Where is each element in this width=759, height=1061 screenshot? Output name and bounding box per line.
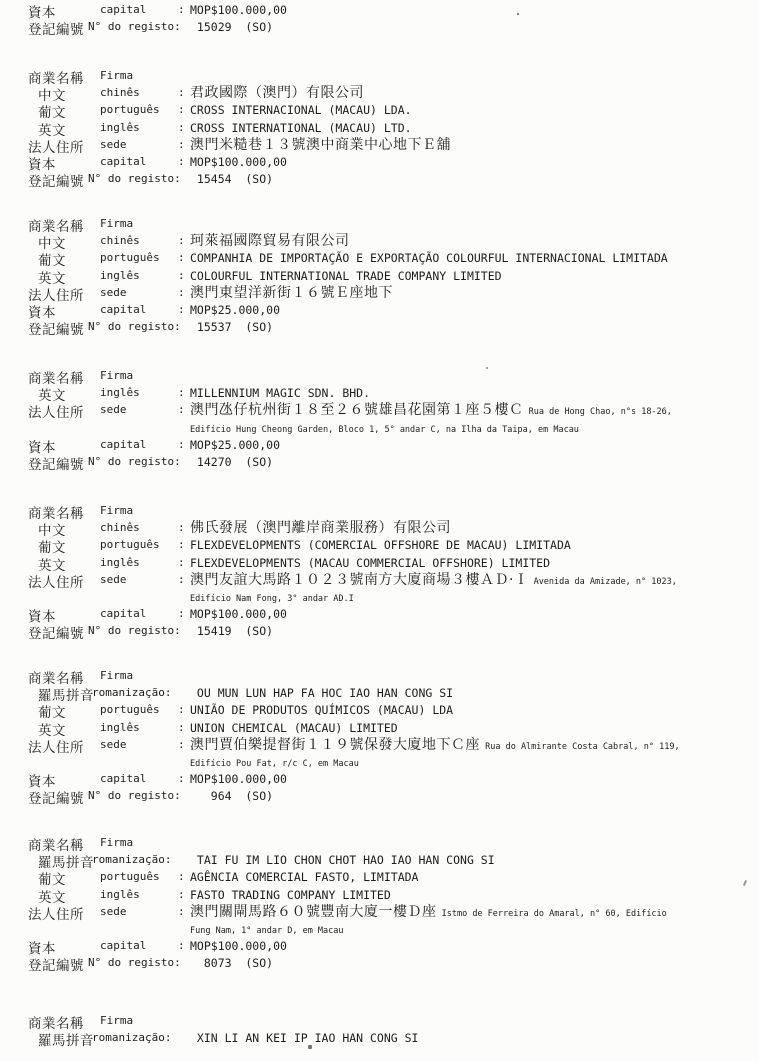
seat-address-zh: 澳門賈伯樂提督街１１９號保發大廈地下Ｃ座: [190, 737, 480, 753]
colon-separator: :: [178, 556, 185, 569]
colon-separator: :: [178, 155, 185, 168]
colon-separator: :: [178, 538, 185, 551]
field-value: 8073 (SO): [190, 953, 273, 972]
chinese-name-value: 珂萊福國際貿易有限公司: [190, 233, 350, 249]
label-pt-registration: N° do registo:: [88, 789, 181, 802]
field-row-firm-header: 商業名稱Firma: [0, 501, 759, 518]
capital-value: MOP$100.000,00: [190, 3, 287, 17]
field-row-romanization: 羅馬拼音romanização: TAI FU IM LIO CHON CHOT…: [0, 850, 759, 867]
portuguese-name-value: UNIÃO DE PRODUTOS QUÍMICOS (MACAU) LDA: [190, 703, 453, 717]
label-pt-capital: capital: [100, 607, 146, 620]
field-row-registration: 登記編號N° do registo: 15454 (SO): [0, 169, 759, 186]
registry-entry: 商業名稱Firma 羅馬拼音romanização: OU MUN LUN HA…: [0, 666, 759, 804]
field-row-portuguese-name: 葡文português:COMPANHIA DE IMPORTAÇÃO E EX…: [0, 248, 759, 265]
field-row-registration: 登記編號N° do registo: 15537 (SO): [0, 317, 759, 334]
colon-separator: :: [178, 403, 185, 416]
registration-number: 15029 (SO): [190, 20, 273, 34]
label-pt-english: inglês: [100, 269, 140, 282]
seat-address-pt: Rua de Hong Chao, n°s 18-26,: [524, 407, 672, 417]
label-pt-romanization: romanização:: [92, 853, 171, 866]
english-name-value: FLEXDEVELOPMENTS (MACAU COMMERCIAL OFFSH…: [190, 556, 550, 570]
label-pt-firm: Firma: [100, 669, 133, 682]
field-row-chinese-name: 中文chinês:君政國際（澳門）有限公司: [0, 83, 759, 100]
field-row-capital: 資本capital:MOP$100.000,00: [0, 936, 759, 953]
label-pt-firm: Firma: [100, 369, 133, 382]
label-pt-seat: sede: [100, 573, 127, 586]
label-pt-firm: Firma: [100, 1014, 133, 1027]
colon-separator: :: [178, 386, 185, 399]
label-pt-registration: N° do registo:: [88, 624, 181, 637]
field-value: 15419 (SO): [190, 621, 273, 640]
chinese-name-value: 佛氏發展（澳門離岸商業服務）有限公司: [190, 520, 451, 536]
label-pt-english: inglês: [100, 386, 140, 399]
colon-separator: :: [178, 772, 185, 785]
field-value: 964 (SO): [190, 786, 273, 805]
label-pt-registration: N° do registo:: [88, 455, 181, 468]
label-pt-chinese: chinês: [100, 521, 140, 534]
field-row-firm-header: 商業名稱Firma: [0, 833, 759, 850]
seat-address-zh: 澳門東望洋新街１６號Ｅ座地下: [190, 285, 393, 301]
colon-separator: :: [178, 121, 185, 134]
label-pt-capital: capital: [100, 939, 146, 952]
row-continuation: Edifício Nam Fong, 3° andar AD.I: [0, 587, 759, 604]
row-continuation: Edifício Hung Cheong Garden, Bloco 1, 5°…: [0, 418, 759, 435]
seat-address-pt: Avenida da Amizade, n° 1023,: [528, 577, 676, 587]
label-zh-registration: 登記編號: [28, 622, 84, 642]
colon-separator: :: [178, 573, 185, 586]
label-pt-registration: N° do registo:: [88, 956, 181, 969]
label-pt-seat: sede: [100, 286, 127, 299]
label-pt-english: inglês: [100, 721, 140, 734]
field-value: XIN LI AN KEI IP IAO HAN CONG SI: [190, 1028, 418, 1047]
field-row-english-name: 英文inglês:FLEXDEVELOPMENTS (MACAU COMMERC…: [0, 553, 759, 570]
label-pt-seat: sede: [100, 138, 127, 151]
colon-separator: :: [178, 269, 185, 282]
capital-value: MOP$100.000,00: [190, 772, 287, 786]
field-row-english-name: 英文inglês:UNION CHEMICAL (MACAU) LIMITED: [0, 718, 759, 735]
romanization-value: OU MUN LUN HAP FA HOC IAO HAN CONG SI: [190, 686, 453, 700]
seat-address-pt-cont: Edifício Hung Cheong Garden, Bloco 1, 5°…: [190, 425, 579, 435]
scan-speck: [517, 13, 519, 15]
label-pt-romanization: romanização:: [92, 686, 171, 699]
label-zh-registration: 登記編號: [28, 18, 84, 38]
field-row-seat: 法人住所sede:澳門米糙巷１３號澳中商業中心地下Ｅ舖: [0, 135, 759, 152]
label-pt-chinese: chinês: [100, 234, 140, 247]
colon-separator: :: [178, 888, 185, 901]
seat-address-pt-cont: Edifício Nam Fong, 3° andar AD.I: [190, 594, 354, 604]
row-continuation: Fung Nam, 1° andar D, em Macau: [0, 919, 759, 936]
colon-separator: :: [178, 234, 185, 247]
colon-separator: :: [178, 438, 185, 451]
seat-address-zh: 澳門米糙巷１３號澳中商業中心地下Ｅ舖: [190, 137, 451, 153]
label-pt-english: inglês: [100, 556, 140, 569]
field-row-chinese-name: 中文chinês:珂萊福國際貿易有限公司: [0, 231, 759, 248]
label-pt-firm: Firma: [100, 217, 133, 230]
label-zh-registration: 登記編號: [28, 318, 84, 338]
label-pt-capital: capital: [100, 303, 146, 316]
label-pt-registration: N° do registo:: [88, 172, 181, 185]
colon-separator: :: [178, 905, 185, 918]
colon-separator: :: [178, 939, 185, 952]
field-row-seat: 法人住所sede:澳門關閘馬路６０號豐南大廈一樓Ｄ座 Istmo de Ferr…: [0, 902, 759, 919]
seat-address-zh: 澳門友誼大馬路１０２３號南方大廈商場３樓ＡＤ·Ｉ: [190, 572, 528, 588]
label-zh-romanization: 羅馬拼音: [38, 1029, 94, 1049]
field-row-seat: 法人住所sede:澳門友誼大馬路１０２３號南方大廈商場３樓ＡＤ·Ｉ Avenid…: [0, 570, 759, 587]
field-row-capital: 資本capital:MOP$100.000,00: [0, 769, 759, 786]
label-zh-registration: 登記編號: [28, 954, 84, 974]
registration-number: 14270 (SO): [190, 455, 273, 469]
field-row-romanization: 羅馬拼音romanização: OU MUN LUN HAP FA HOC I…: [0, 683, 759, 700]
capital-value: MOP$25.000,00: [190, 438, 280, 452]
colon-separator: :: [178, 607, 185, 620]
registry-entry: 商業名稱Firma 中文chinês:君政國際（澳門）有限公司 葡文portug…: [0, 66, 759, 186]
field-row-firm-header: 商業名稱Firma: [0, 366, 759, 383]
registration-number: 15419 (SO): [190, 624, 273, 638]
label-pt-portuguese: português: [100, 538, 160, 551]
field-row-capital: 資本capital:MOP$100.000,00: [0, 604, 759, 621]
field-row-registration: 登記編號N° do registo: 964 (SO): [0, 786, 759, 803]
colon-separator: :: [178, 738, 185, 751]
field-row-portuguese-name: 葡文português:FLEXDEVELOPMENTS (COMERCIAL …: [0, 535, 759, 552]
field-row-portuguese-name: 葡文português:CROSS INTERNACIONAL (MACAU) …: [0, 100, 759, 117]
registry-entry: 商業名稱Firma 中文chinês:珂萊福國際貿易有限公司 葡文portugu…: [0, 214, 759, 334]
field-row-capital: 資本capital:MOP$25.000,00: [0, 435, 759, 452]
english-name-value: FASTO TRADING COMPANY LIMITED: [190, 888, 391, 902]
label-pt-seat: sede: [100, 403, 127, 416]
capital-value: MOP$25.000,00: [190, 303, 280, 317]
label-pt-english: inglês: [100, 888, 140, 901]
capital-value: MOP$100.000,00: [190, 607, 287, 621]
registration-number: 15454 (SO): [190, 172, 273, 186]
colon-separator: :: [178, 138, 185, 151]
seat-address-zh: 澳門關閘馬路６０號豐南大廈一樓Ｄ座: [190, 904, 437, 920]
colon-separator: :: [178, 286, 185, 299]
registration-number: 964 (SO): [190, 789, 273, 803]
registry-entry: 商業名稱Firma 羅馬拼音romanização: TAI FU IM LIO…: [0, 833, 759, 971]
portuguese-name-value: COMPANHIA DE IMPORTAÇÃO E EXPORTAÇÃO COL…: [190, 251, 668, 265]
field-row-seat: 法人住所sede:澳門賈伯樂提督街１１９號保發大廈地下Ｃ座 Rua do Alm…: [0, 735, 759, 752]
label-pt-romanization: romanização:: [92, 1031, 171, 1044]
field-row-registration: 登記編號N° do registo: 14270 (SO): [0, 452, 759, 469]
label-pt-firm: Firma: [100, 69, 133, 82]
registration-number: 8073 (SO): [190, 956, 273, 970]
label-pt-capital: capital: [100, 3, 146, 16]
field-value: 15537 (SO): [190, 317, 273, 336]
field-row-capital: 資本capital:MOP$25.000,00: [0, 300, 759, 317]
field-row-firm-header: 商業名稱Firma: [0, 1011, 759, 1028]
field-row-romanization: 羅馬拼音romanização: XIN LI AN KEI IP IAO HA…: [0, 1028, 759, 1045]
label-zh-registration: 登記編號: [28, 787, 84, 807]
colon-separator: :: [178, 521, 185, 534]
english-name-value: CROSS INTERNATIONAL (MACAU) LTD.: [190, 121, 412, 135]
field-row-registration: 登記編號N° do registo: 15419 (SO): [0, 621, 759, 638]
row-continuation: Edifício Pou Fat, r/c C, em Macau: [0, 752, 759, 769]
romanization-value: TAI FU IM LIO CHON CHOT HAO IAO HAN CONG…: [190, 853, 495, 867]
label-pt-firm: Firma: [100, 836, 133, 849]
label-pt-portuguese: português: [100, 870, 160, 883]
label-pt-registration: N° do registo:: [88, 20, 181, 33]
registry-document-page: 資本capital:MOP$100.000,00 登記編號N° do regis…: [0, 0, 759, 1061]
colon-separator: :: [178, 721, 185, 734]
label-pt-portuguese: português: [100, 703, 160, 716]
field-row-capital: 資本capital:MOP$100.000,00: [0, 152, 759, 169]
field-row-english-name: 英文inglês:MILLENNIUM MAGIC SDN. BHD.: [0, 383, 759, 400]
colon-separator: :: [178, 251, 185, 264]
field-row-english-name: 英文inglês:CROSS INTERNATIONAL (MACAU) LTD…: [0, 118, 759, 135]
label-pt-portuguese: português: [100, 251, 160, 264]
colon-separator: :: [178, 3, 185, 16]
registry-entry: 商業名稱Firma 羅馬拼音romanização: XIN LI AN KEI…: [0, 1011, 759, 1045]
seat-address-pt: Rua do Almirante Costa Cabral, n° 119,: [480, 742, 680, 752]
label-pt-seat: sede: [100, 905, 127, 918]
seat-address-zh: 澳門氹仔杭州街１８至２６號雄昌花園第１座５樓Ｃ: [190, 402, 524, 418]
field-row-english-name: 英文inglês:COLOURFUL INTERNATIONAL TRADE C…: [0, 266, 759, 283]
field-row-firm-header: 商業名稱Firma: [0, 666, 759, 683]
field-row-seat: 法人住所sede:澳門氹仔杭州街１８至２６號雄昌花園第１座５樓Ｃ Rua de …: [0, 400, 759, 417]
registration-number: 15537 (SO): [190, 320, 273, 334]
field-row-portuguese-name: 葡文português:UNIÃO DE PRODUTOS QUÍMICOS (…: [0, 700, 759, 717]
registry-entry: 商業名稱Firma 中文chinês:佛氏發展（澳門離岸商業服務）有限公司 葡文…: [0, 501, 759, 639]
colon-separator: :: [178, 103, 185, 116]
capital-value: MOP$100.000,00: [190, 939, 287, 953]
label-pt-english: inglês: [100, 121, 140, 134]
english-name-value: UNION CHEMICAL (MACAU) LIMITED: [190, 721, 398, 735]
field-row-english-name: 英文inglês:FASTO TRADING COMPANY LIMITED: [0, 885, 759, 902]
label-zh-registration: 登記編號: [28, 170, 84, 190]
english-name-value: COLOURFUL INTERNATIONAL TRADE COMPANY LI…: [190, 269, 502, 283]
colon-separator: :: [178, 86, 185, 99]
field-row-seat: 法人住所sede:澳門東望洋新街１６號Ｅ座地下: [0, 283, 759, 300]
field-row-chinese-name: 中文chinês:佛氏發展（澳門離岸商業服務）有限公司: [0, 518, 759, 535]
field-row-registration: 登記編號N° do registo: 8073 (SO): [0, 953, 759, 970]
label-pt-registration: N° do registo:: [88, 320, 181, 333]
registry-entry: 商業名稱Firma 英文inglês:MILLENNIUM MAGIC SDN.…: [0, 366, 759, 469]
chinese-name-value: 君政國際（澳門）有限公司: [190, 85, 364, 101]
field-row-firm-header: 商業名稱Firma: [0, 66, 759, 83]
label-pt-capital: capital: [100, 772, 146, 785]
label-pt-capital: capital: [100, 155, 146, 168]
portuguese-name-value: CROSS INTERNACIONAL (MACAU) LDA.: [190, 103, 412, 117]
label-pt-firm: Firma: [100, 504, 133, 517]
label-zh-registration: 登記編號: [28, 453, 84, 473]
field-row-capital: 資本capital:MOP$100.000,00: [0, 0, 759, 17]
label-pt-chinese: chinês: [100, 86, 140, 99]
field-row-registration: 登記編號N° do registo: 15029 (SO): [0, 17, 759, 34]
field-value: 15029 (SO): [190, 17, 273, 36]
seat-address-pt: Istmo de Ferreira do Amaral, n° 60, Edif…: [437, 909, 667, 919]
label-pt-portuguese: português: [100, 103, 160, 116]
label-pt-capital: capital: [100, 438, 146, 451]
portuguese-name-value: FLEXDEVELOPMENTS (COMERCIAL OFFSHORE DE …: [190, 538, 571, 552]
english-name-value: MILLENNIUM MAGIC SDN. BHD.: [190, 386, 370, 400]
scan-speck: [486, 367, 488, 369]
colon-separator: :: [178, 303, 185, 316]
field-row-portuguese-name: 葡文português:AGÊNCIA COMERCIAL FASTO, LIM…: [0, 867, 759, 884]
colon-separator: :: [178, 870, 185, 883]
label-pt-seat: sede: [100, 738, 127, 751]
field-row-firm-header: 商業名稱Firma: [0, 214, 759, 231]
scan-speck: [308, 1045, 312, 1049]
field-value: 15454 (SO): [190, 169, 273, 188]
seat-address-pt-cont: Fung Nam, 1° andar D, em Macau: [190, 926, 344, 936]
capital-value: MOP$100.000,00: [190, 155, 287, 169]
registry-entry: 資本capital:MOP$100.000,00 登記編號N° do regis…: [0, 0, 759, 34]
portuguese-name-value: AGÊNCIA COMERCIAL FASTO, LIMITADA: [190, 870, 418, 884]
romanization-value: XIN LI AN KEI IP IAO HAN CONG SI: [190, 1031, 418, 1045]
seat-address-pt-cont: Edifício Pou Fat, r/c C, em Macau: [190, 759, 359, 769]
colon-separator: :: [178, 703, 185, 716]
field-value: 14270 (SO): [190, 452, 273, 471]
